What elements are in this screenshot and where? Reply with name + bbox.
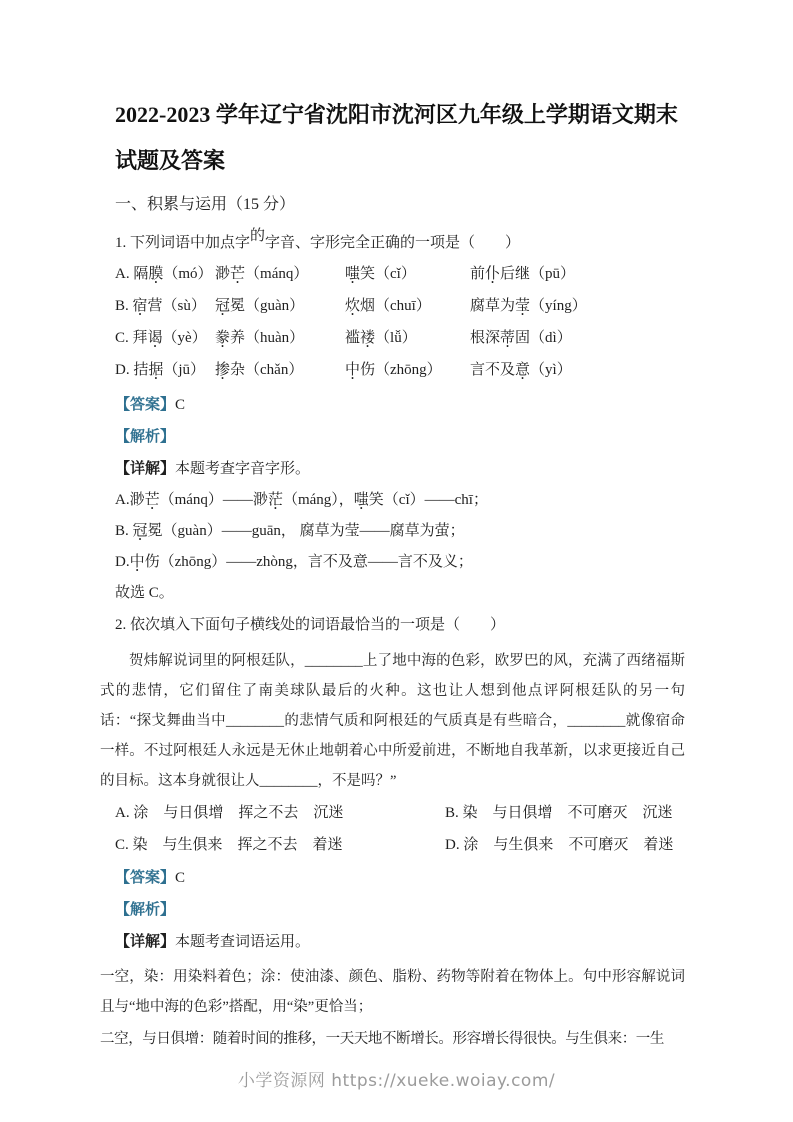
option-cell: 腐草为莹（yíng） [470, 296, 685, 316]
question-2-detail-para2: 二空，与日俱增：随着时间的推移，一天天地不断增长。形容增长得很快。与生俱来：一生 [100, 1024, 685, 1054]
question-2-detail-para1: 一空，染：用染料着色；涂：使油漆、颜色、脂粉、药物等附着在物体上。句中形容解说词… [100, 962, 685, 1022]
site-footer: 小学资源网 https://xueke.woiay.com/ [0, 1066, 793, 1091]
answer-value: C [175, 870, 185, 886]
option-cell: 中伤（zhōng） [345, 360, 470, 380]
analysis-label: 【解析】 [115, 429, 175, 445]
question-2-stem: 2. 依次填入下面句子横线处的词语最恰当的一项是（ ） [115, 614, 685, 636]
question-1-answer-line: 【答案】C [115, 394, 685, 416]
detail-label: 【详解】 [115, 461, 175, 477]
option-cell: 炊烟（chuī） [345, 296, 470, 316]
question-2-detail-intro: 【详解】本题考查词语运用。 [115, 931, 685, 953]
option-cell: 褴褛（lǚ） [345, 328, 470, 348]
page-title: 2022-2023 学年辽宁省沈阳市沈河区九年级上学期语文期末试题及答案 [115, 92, 685, 184]
option-cell: 前仆后继（pū） [470, 264, 685, 284]
analysis-label: 【解析】 [115, 902, 175, 918]
page-title-line2: 试题及答案 [115, 148, 225, 173]
question-1-detail-line: B. 冠冕（guàn）——guān， 腐草为莹——腐草为萤； [115, 520, 685, 542]
option-cell: B. 宿营（sù） [115, 296, 215, 316]
option-cell: 豢养（huàn） [215, 328, 345, 348]
option-cell: 嗤笑（cǐ） [345, 264, 470, 284]
detail-intro-text: 本题考查词语运用。 [175, 934, 310, 950]
exam-document-page: 2022-2023 学年辽宁省沈阳市沈河区九年级上学期语文期末试题及答案 一、积… [0, 0, 793, 1122]
page-title-line1: 2022-2023 学年辽宁省沈阳市沈河区九年级上学期语文期末 [115, 102, 678, 127]
document-body: 2022-2023 学年辽宁省沈阳市沈河区九年级上学期语文期末试题及答案 一、积… [0, 0, 793, 1054]
question-1-detail-conclusion: 故选 C。 [115, 582, 685, 604]
option-cell: 言不及意（yì） [470, 360, 685, 380]
option-cell: 掺杂（chǎn） [215, 360, 345, 380]
option-cell: 渺芒（mánq） [215, 264, 345, 284]
question-2-passage: 贺炜解说词里的阿根廷队，________上了地中海的色彩，欧罗巴的风，充满了西绪… [100, 646, 685, 796]
option-cell: D. 涂 与生俱来 不可磨灭 着迷 [445, 835, 685, 855]
question-1-detail-line: D.中伤（zhōng）——zhòng，言不及意——言不及义； [115, 551, 685, 573]
detail-intro-text: 本题考查字音字形。 [175, 461, 310, 477]
option-cell: 冠冕（guàn） [215, 296, 345, 316]
option-cell: D. 拮据（jū） [115, 360, 215, 380]
section-heading: 一、积累与运用（15 分） [115, 194, 685, 216]
answer-value: C [175, 397, 185, 413]
question-2-answer-line: 【答案】C [115, 867, 685, 889]
answer-label: 【答案】 [115, 397, 175, 413]
question-2-options: A. 涂 与日俱增 挥之不去 沉迷 B. 染 与日俱增 不可磨灭 沉迷 C. 染… [115, 803, 685, 855]
question-1-analysis-line: 【解析】 [115, 426, 685, 448]
option-cell: B. 染 与日俱增 不可磨灭 沉迷 [445, 803, 685, 823]
option-cell: A. 隔膜（mó） [115, 264, 215, 284]
question-1-stem: 1. 下列词语中加点字的字音、字形完全正确的一项是（ ） [115, 232, 685, 254]
question-2-analysis-line: 【解析】 [115, 899, 685, 921]
answer-label: 【答案】 [115, 870, 175, 886]
question-1-detail-line: A.渺芒（mánq）——渺茫（máng），嗤笑（cǐ）——chī； [115, 489, 685, 511]
option-cell: A. 涂 与日俱增 挥之不去 沉迷 [115, 803, 445, 823]
question-1-options: A. 隔膜（mó） 渺芒（mánq） 嗤笑（cǐ） 前仆后继（pū） B. 宿营… [115, 264, 685, 380]
question-1-detail-intro: 【详解】本题考查字音字形。 [115, 458, 685, 480]
option-cell: C. 拜谒（yè） [115, 328, 215, 348]
option-cell: 根深蒂固（dì） [470, 328, 685, 348]
detail-label: 【详解】 [115, 934, 175, 950]
option-cell: C. 染 与生俱来 挥之不去 着迷 [115, 835, 445, 855]
